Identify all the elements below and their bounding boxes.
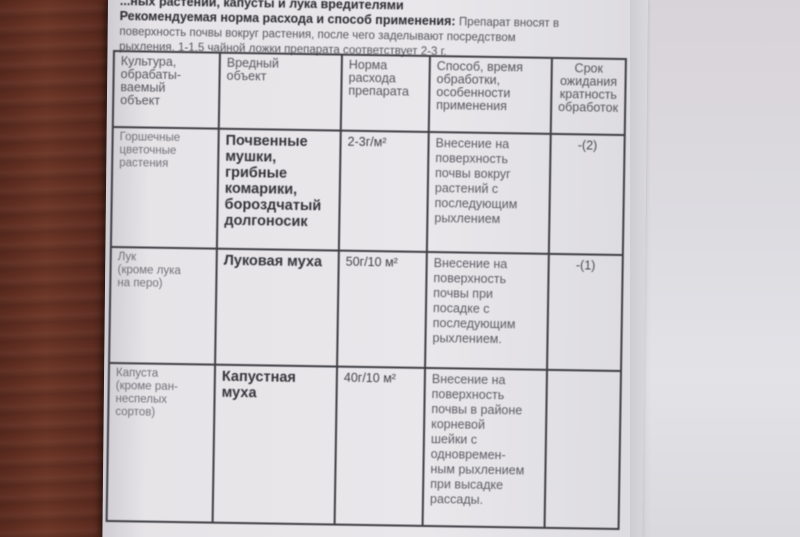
cell-rate: 50г/10 м²: [337, 251, 427, 368]
table-header-row: Культура, обрабаты- ваемый объект Вредны…: [113, 51, 626, 135]
header-crop: Культура, обрабаты- ваемый объект: [113, 51, 220, 129]
table-row: Лук (кроме лука на перо) Луковая муха 50…: [109, 247, 623, 371]
label-fold-shadow: [630, 0, 652, 537]
cell-waiting-period: -(1): [547, 254, 623, 371]
cell-crop: Лук (кроме лука на перо): [109, 247, 217, 365]
cell-pest: Почвенные мушки, грибные комарики, бороз…: [217, 129, 341, 251]
wooden-surface: [0, 0, 114, 537]
header-method: Способ, время обработки, особенности при…: [429, 56, 552, 134]
heading-line-2-tail: Препарат вносят в: [459, 16, 559, 30]
cell-pest: Капустная муха: [213, 365, 337, 525]
table-row: Капуста (кроме ран- неспелых сортов) Кап…: [107, 363, 621, 529]
table-row: Горшечные цветочные растения Почвенные м…: [111, 127, 625, 255]
white-background: [640, 0, 800, 537]
cell-waiting-period: [545, 370, 621, 529]
cell-pest: Луковая муха: [215, 249, 339, 367]
cell-crop: Капуста (кроме ран- неспелых сортов): [107, 363, 215, 523]
cell-method: Внесение на поверхность почвы при посадк…: [425, 252, 549, 370]
cell-waiting-period: -(2): [549, 134, 625, 255]
header-pest: Вредный объект: [219, 53, 342, 131]
cell-crop: Горшечные цветочные растения: [111, 127, 219, 249]
cell-rate: 2-3г/м²: [339, 131, 429, 252]
cell-rate: 40г/10 м²: [335, 367, 425, 526]
header-rate: Норма расхода препарата: [341, 55, 430, 132]
cell-method: Внесение на поверхность почвы вокруг рас…: [427, 132, 551, 254]
cell-method: Внесение на поверхность почвы в районе к…: [423, 368, 547, 528]
application-rate-table: Культура, обрабаты- ваемый объект Вредны…: [106, 50, 627, 530]
header-waiting-period: Срок ожидания кратность обработок: [551, 58, 626, 135]
